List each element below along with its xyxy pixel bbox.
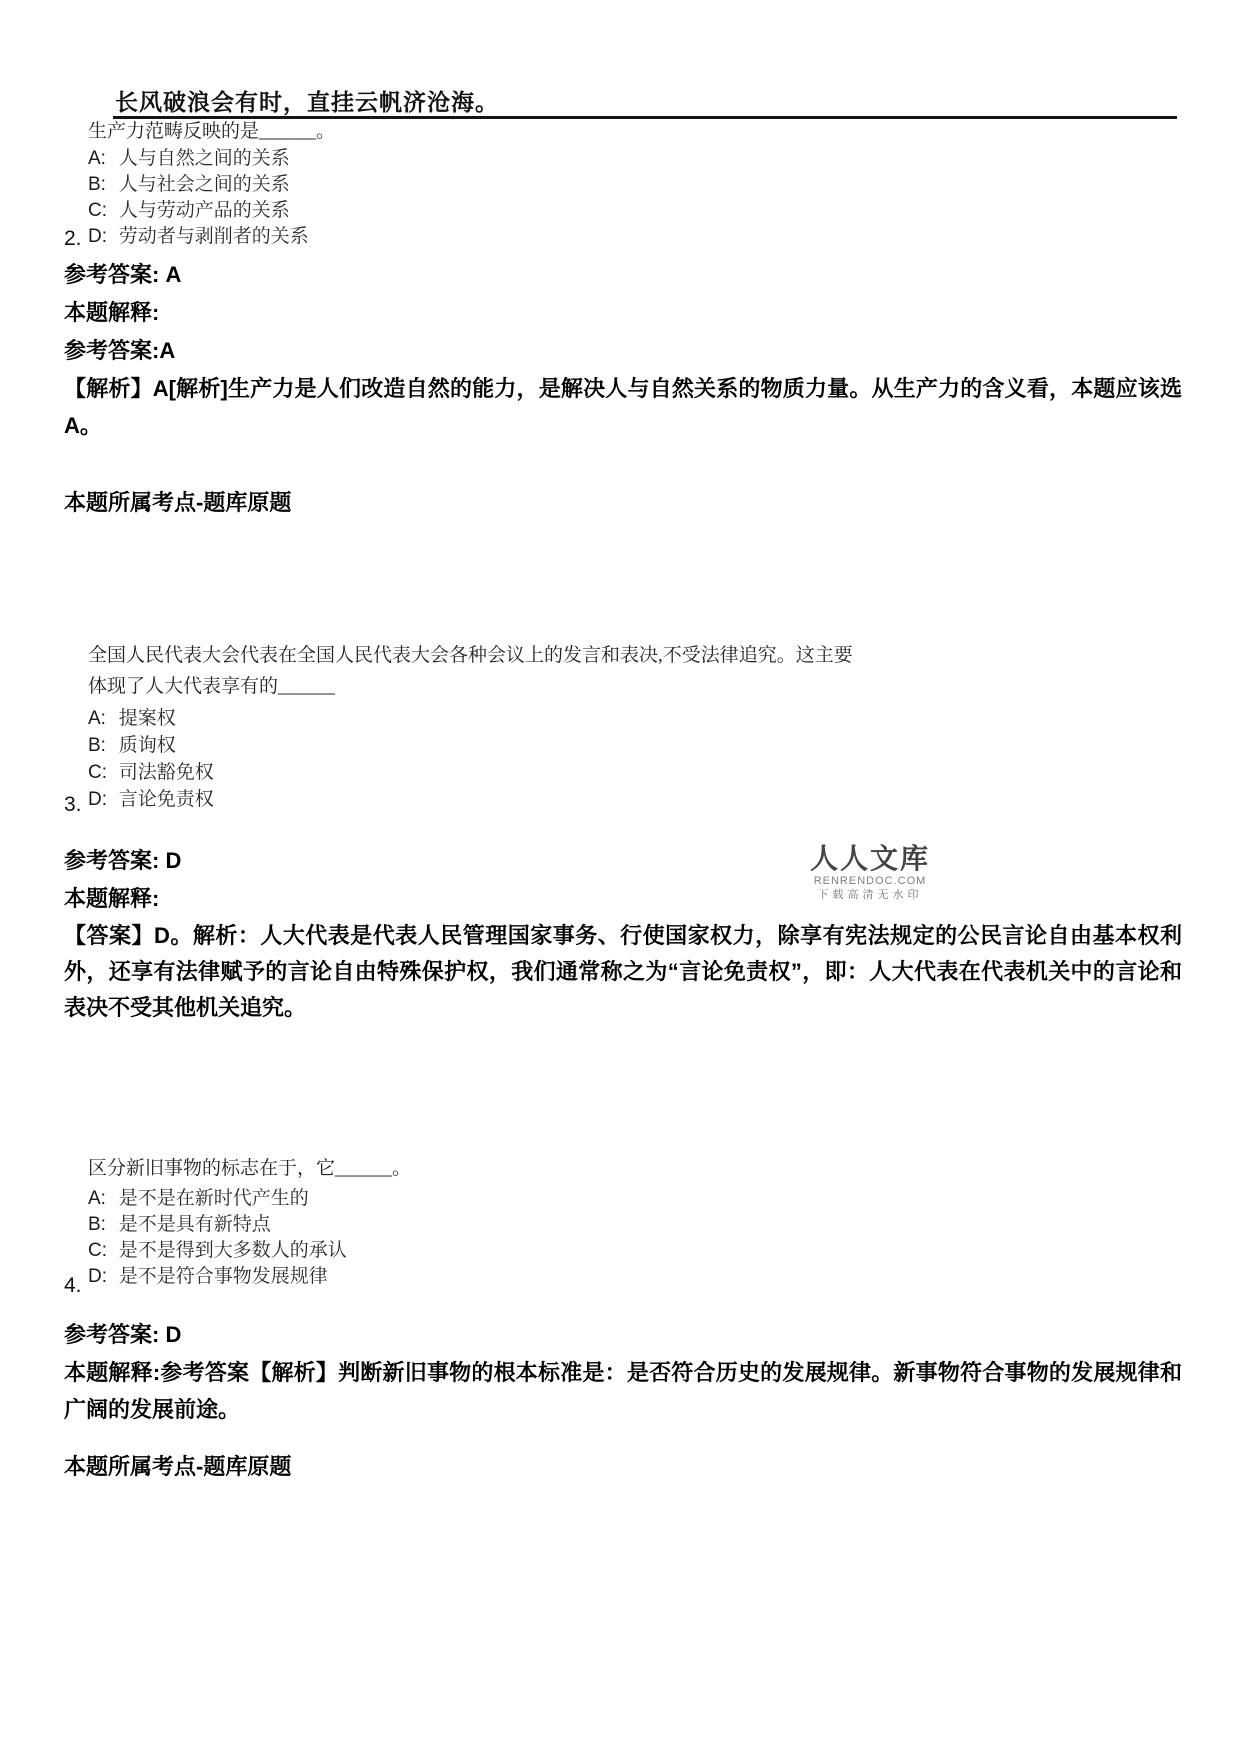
option-letter: D:: [88, 1264, 114, 1290]
option-row: D: 是不是符合事物发展规律: [88, 1264, 411, 1290]
explanation-analysis: 【解析】A[解析]生产力是人们改造自然的能力，是解决人与自然关系的物质力量。从生…: [64, 370, 1182, 444]
explanation-analysis: 本题解释:参考答案【解析】判断新旧事物的根本标准是：是否符合历史的发展规律。新事…: [64, 1354, 1182, 1428]
watermark: 人人文库 RENRENDOC.COM 下载高清无水印: [800, 843, 940, 902]
option-letter: D:: [88, 786, 114, 813]
option-text: 言论免责权: [119, 789, 214, 810]
option-text: 是不是在新时代产生的: [119, 1188, 309, 1209]
question-4-number: 4.: [64, 1274, 82, 1298]
option-text: 是不是得到大多数人的承认: [119, 1240, 347, 1261]
question-4-options: A: 是不是在新时代产生的 B: 是不是具有新特点 C: 是不是得到大多数人的承…: [88, 1186, 411, 1290]
option-letter: B:: [88, 172, 114, 198]
question-3-options: A: 提案权 B: 质询权 C: 司法豁免权 D: 言论免责权: [88, 705, 858, 813]
option-letter: C:: [88, 198, 114, 224]
reference-answer: 参考答案: D: [64, 842, 1182, 880]
option-text: 提案权: [119, 708, 176, 729]
question-2-number: 2.: [64, 227, 82, 251]
option-text: 是不是符合事物发展规律: [119, 1266, 328, 1287]
question-3-stem: 全国人民代表大会代表在全国人民代表大会各种会议上的发言和表决,不受法律追究。这主…: [88, 640, 858, 702]
option-letter: C:: [88, 759, 114, 786]
question-4-answer-block: 参考答案: D 本题解释:参考答案【解析】判断新旧事物的根本标准是：是否符合历史…: [64, 1316, 1182, 1428]
explanation-label: 本题解释:: [64, 880, 1182, 918]
option-row: C: 司法豁免权: [88, 759, 858, 786]
option-text: 质询权: [119, 735, 176, 756]
option-text: 司法豁免权: [119, 762, 214, 783]
header-motto: 长风破浪会有时，直挂云帆济沧海。: [115, 84, 499, 117]
question-3-block: 全国人民代表大会代表在全国人民代表大会各种会议上的发言和表决,不受法律追究。这主…: [88, 640, 858, 813]
option-row: A: 提案权: [88, 705, 858, 732]
reference-answer: 参考答案: D: [64, 1316, 1182, 1354]
question-2-stem: 生产力范畴反映的是______。: [88, 118, 335, 145]
option-row: C: 是不是得到大多数人的承认: [88, 1238, 411, 1264]
explanation-analysis: 【答案】D。解析：人大代表是代表人民管理国家事务、行使国家权力，除享有宪法规定的…: [64, 918, 1182, 1026]
option-row: B: 质询权: [88, 732, 858, 759]
option-row: B: 人与社会之间的关系: [88, 172, 335, 198]
option-row: C: 人与劳动产品的关系: [88, 198, 335, 224]
question-2-answer-block: 参考答案: A 本题解释: 参考答案:A 【解析】A[解析]生产力是人们改造自然…: [64, 256, 1182, 444]
reference-answer: 参考答案: A: [64, 256, 1182, 294]
option-letter: C:: [88, 1238, 114, 1264]
option-letter: A:: [88, 705, 114, 732]
question-4-stem: 区分新旧事物的标志在于，它______。: [88, 1154, 411, 1184]
option-letter: D:: [88, 224, 114, 250]
watermark-tagline: 下载高清无水印: [800, 888, 940, 902]
option-row: A: 人与自然之间的关系: [88, 146, 335, 172]
option-letter: B:: [88, 1212, 114, 1238]
option-row: A: 是不是在新时代产生的: [88, 1186, 411, 1212]
option-letter: A:: [88, 1186, 114, 1212]
option-row: D: 言论免责权: [88, 786, 858, 813]
option-text: 是不是具有新特点: [119, 1214, 271, 1235]
question-4-source: 本题所属考点-题库原题: [64, 1450, 291, 1481]
option-text: 人与自然之间的关系: [119, 148, 290, 169]
option-text: 人与社会之间的关系: [119, 174, 290, 195]
option-row: B: 是不是具有新特点: [88, 1212, 411, 1238]
option-letter: A:: [88, 146, 114, 172]
explanation-answer: 参考答案:A: [64, 332, 1182, 370]
question-3-number: 3.: [64, 793, 82, 817]
question-2-block: 生产力范畴反映的是______。 A: 人与自然之间的关系 B: 人与社会之间的…: [88, 118, 335, 250]
question-2-source: 本题所属考点-题库原题: [64, 486, 291, 517]
document-page: 长风破浪会有时，直挂云帆济沧海。 生产力范畴反映的是______。 A: 人与自…: [0, 0, 1240, 1753]
question-2-options: A: 人与自然之间的关系 B: 人与社会之间的关系 C: 人与劳动产品的关系 D…: [88, 146, 335, 250]
option-row: D: 劳动者与剥削者的关系: [88, 224, 335, 250]
explanation-label: 本题解释:: [64, 294, 1182, 332]
option-letter: B:: [88, 732, 114, 759]
option-text: 劳动者与剥削者的关系: [119, 226, 309, 247]
question-3-answer-block: 参考答案: D 本题解释: 【答案】D。解析：人大代表是代表人民管理国家事务、行…: [64, 842, 1182, 1026]
question-4-block: 区分新旧事物的标志在于，它______。 A: 是不是在新时代产生的 B: 是不…: [88, 1154, 411, 1290]
option-text: 人与劳动产品的关系: [119, 200, 290, 221]
watermark-domain: RENRENDOC.COM: [800, 875, 940, 888]
watermark-logo: 人人文库: [800, 843, 940, 875]
